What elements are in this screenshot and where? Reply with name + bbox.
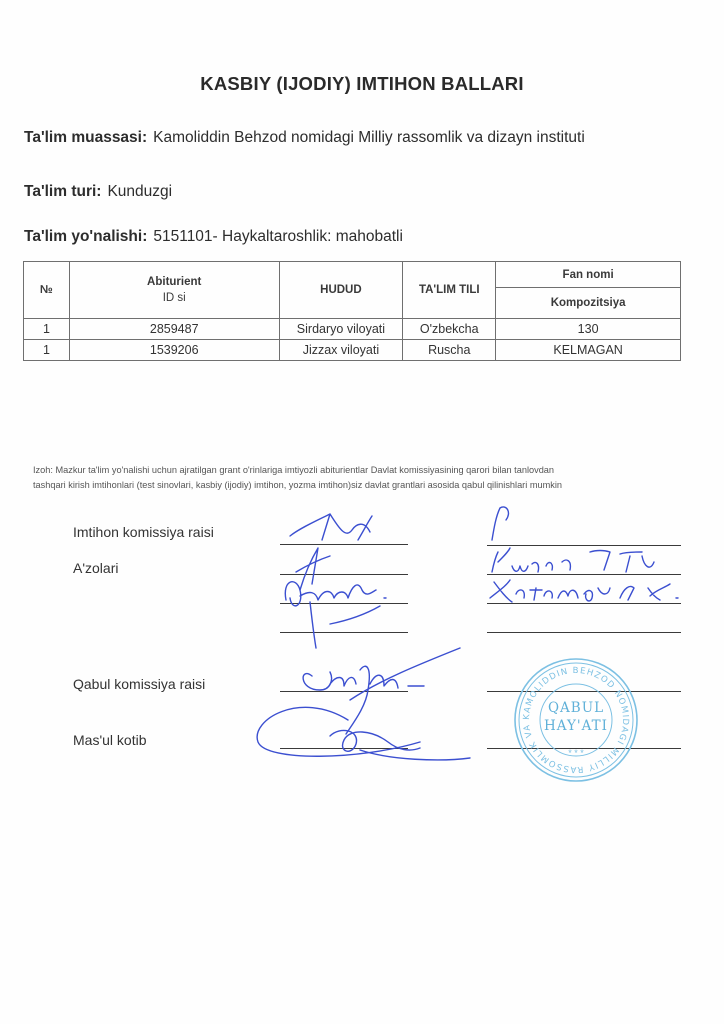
scores-table: № Abiturient ID si HUDUD TA'LIM TILI Fan… (23, 261, 681, 361)
cell-number: 1 (24, 319, 70, 340)
signature-line (280, 632, 408, 633)
cell-number: 1 (24, 340, 70, 361)
field-value: 5151101- Haykaltaroshlik: mahobatli (153, 228, 403, 245)
handwritten-name-3 (490, 580, 678, 602)
field-institution: Ta'lim muassasi:Kamoliddin Behzod nomida… (24, 129, 585, 147)
header-language: TA'LIM TILI (403, 262, 496, 319)
cell-language: O'zbekcha (403, 319, 496, 340)
label-members: A'zolari (73, 560, 118, 576)
label-exam-chair: Imtihon komissiya raisi (73, 524, 214, 540)
name-line (487, 632, 681, 633)
signature-line (280, 748, 408, 749)
header-subject: Kompozitsiya (496, 288, 681, 319)
field-label: Ta'lim turi: (24, 183, 101, 200)
header-region: HUDUD (279, 262, 403, 319)
header-id-line1: Abiturient (70, 276, 279, 288)
name-line (487, 603, 681, 604)
field-specialty: Ta'lim yo'nalishi:5151101- Haykaltaroshl… (24, 228, 403, 246)
cell-score: KELMAGAN (496, 340, 681, 361)
cell-id: 1539206 (69, 340, 279, 361)
table-row: 1 2859487 Sirdaryo viloyati O'zbekcha 13… (24, 319, 681, 340)
header-id-line2: ID si (70, 292, 279, 304)
field-study-form: Ta'lim turi:Kunduzgi (24, 183, 172, 201)
signature-line (280, 574, 408, 575)
table-row: 1 1539206 Jizzax viloyati Ruscha KELMAGA… (24, 340, 681, 361)
field-label: Ta'lim yo'nalishi: (24, 228, 147, 245)
label-secretary: Mas'ul kotib (73, 732, 146, 748)
signature-exam-chair (290, 514, 372, 540)
handwritten-signatures (0, 0, 724, 1024)
cell-id: 2859487 (69, 319, 279, 340)
cell-region: Jizzax viloyati (279, 340, 403, 361)
header-subject-group: Fan nomi (496, 262, 681, 288)
handwritten-name-2 (492, 548, 654, 572)
svg-text:* * *: * * * (568, 748, 584, 758)
signature-secretary (257, 707, 470, 760)
stamp-seal: KAMOLIDDIN BEHZOD NOMIDAGI MILLIY RASSOM… (512, 656, 640, 784)
stamp-line2: HAY'ATI (512, 718, 640, 734)
cell-language: Ruscha (403, 340, 496, 361)
signature-line (280, 603, 408, 604)
name-line (487, 574, 681, 575)
footnote: Izoh: Mazkur ta'lim yo'nalishi uchun ajr… (33, 463, 693, 493)
footnote-line2: tashqari kirish imtihonlari (test sinovl… (33, 478, 693, 493)
header-applicant-id: Abiturient ID si (69, 262, 279, 319)
document-title: KASBIY (IJODIY) IMTIHON BALLARI (0, 73, 724, 95)
signature-line (280, 544, 408, 545)
stamp-line1: QABUL (512, 700, 640, 716)
field-label: Ta'lim muassasi: (24, 129, 147, 146)
footnote-line1: Izoh: Mazkur ta'lim yo'nalishi uchun ajr… (33, 463, 693, 478)
field-value: Kunduzgi (107, 183, 172, 200)
cell-score: 130 (496, 319, 681, 340)
field-value: Kamoliddin Behzod nomidagi Milliy rassom… (153, 129, 585, 146)
label-admission-chair: Qabul komissiya raisi (73, 676, 205, 692)
cell-region: Sirdaryo viloyati (279, 319, 403, 340)
name-line (487, 545, 681, 546)
handwritten-name-1 (492, 507, 508, 540)
header-number: № (24, 262, 70, 319)
signature-line (280, 691, 408, 692)
